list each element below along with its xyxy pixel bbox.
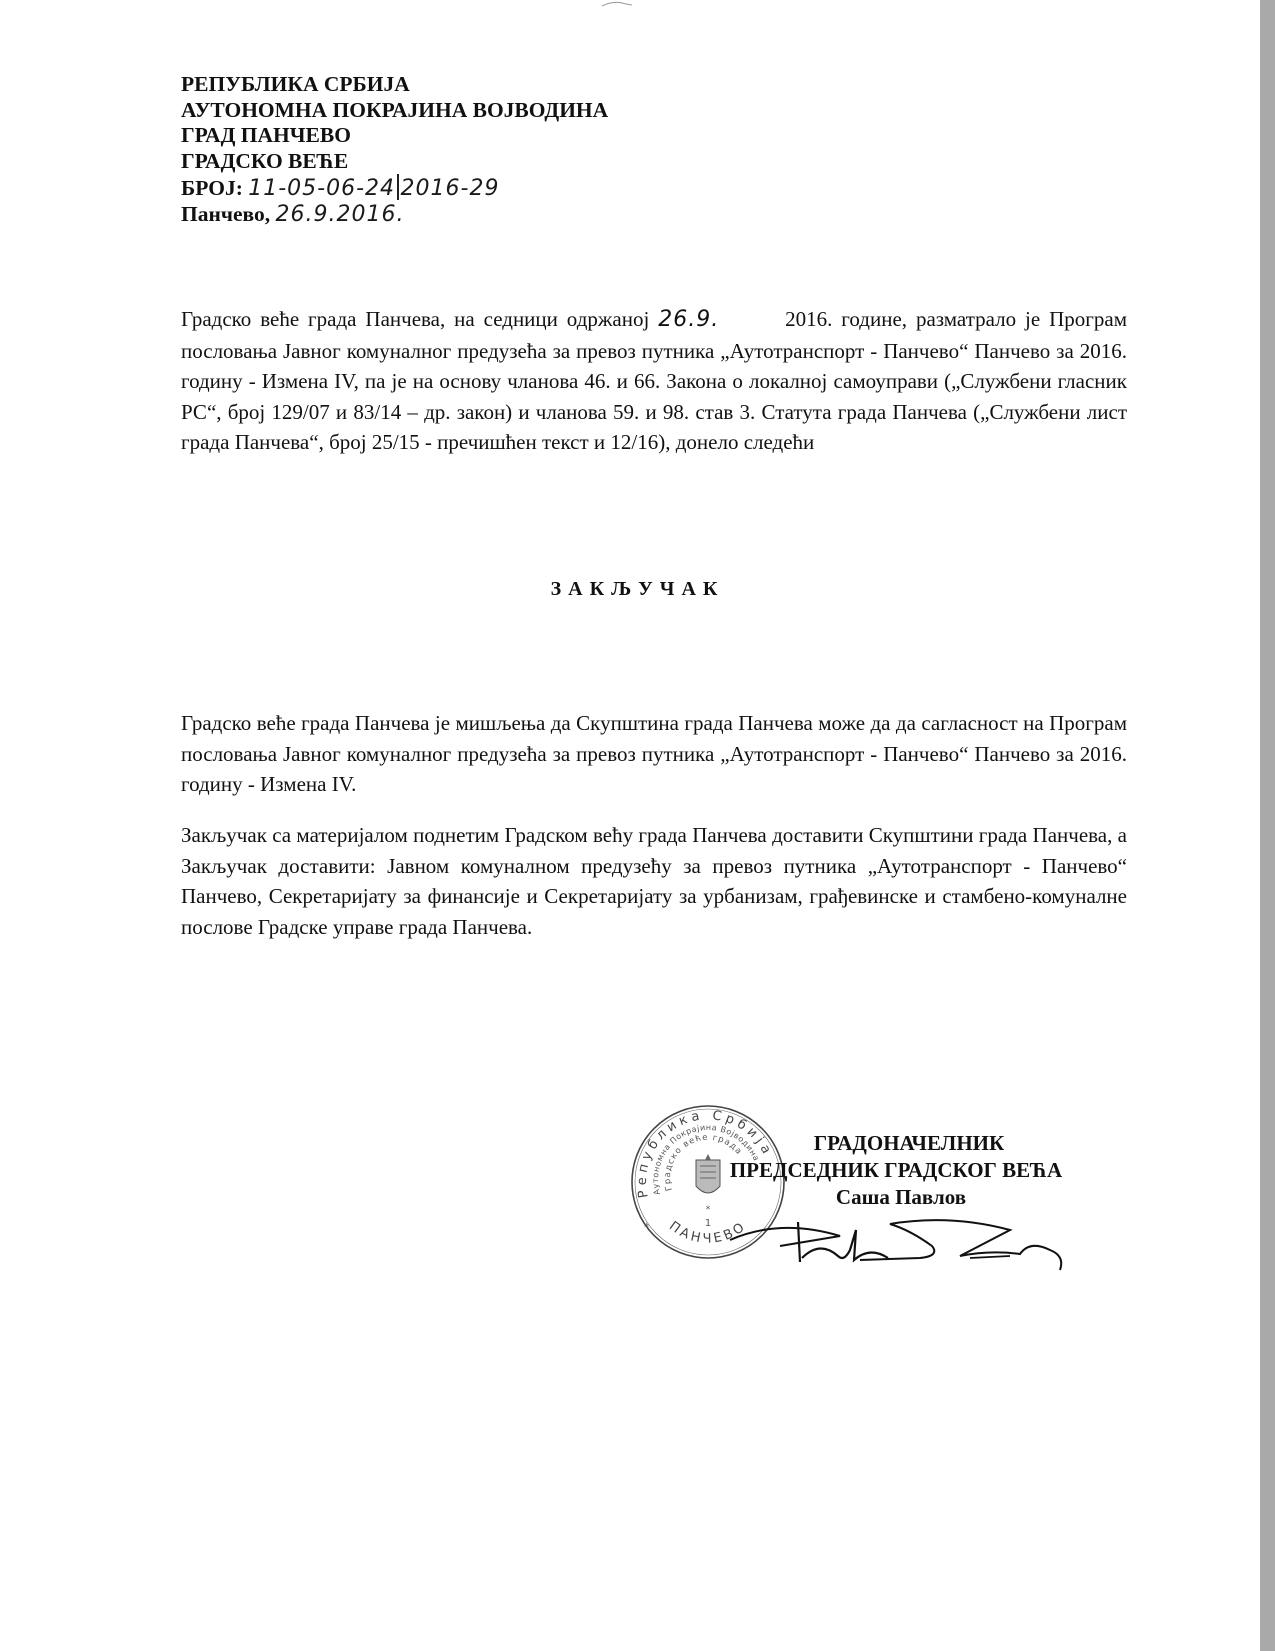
conclusion-paragraph-2: Закључак са материјалом поднетим Градско… [181,820,1127,942]
date-handwritten: 26.9.2016. [276,202,405,227]
signatory-name: Саша Павлов [706,1184,1086,1211]
intro-paragraph: Градско веће града Панчева, на седници о… [181,304,1127,458]
place-and-date: Панчево, 26.9.2016. [181,202,608,228]
signatory-title-council-president: ПРЕДСЕДНИК ГРАДСКОГ ВЕЋА [706,1157,1086,1184]
document-number: БРОЈ: 11-05-06-242016-29 [181,174,608,202]
conclusion-paragraph-1: Градско веће града Панчева је мишљења да… [181,708,1127,800]
stamp-number: 1 [705,1218,711,1229]
document-number-handwritten-2: 2016-29 [395,176,499,201]
scan-edge-strip [1260,0,1275,1651]
signatory-title-mayor: ГРАДОНАЧЕЛНИК [706,1130,1086,1157]
place-label: Панчево, [181,202,270,226]
signature-block: ГРАДОНАЧЕЛНИК ПРЕДСЕДНИК ГРАДСКОГ ВЕЋА С… [706,1130,1086,1211]
intro-text-before-date: Градско веће града Панчева, на седници о… [181,307,649,331]
document-number-handwritten-1: 11-05-06-24 [248,176,395,201]
header-council: ГРАДСКО ВЕЋЕ [181,149,608,175]
document-header: РЕПУБЛИКА СРБИЈА АУТОНОМНА ПОКРАЈИНА ВОЈ… [181,72,608,227]
document-number-label: БРОЈ: [181,176,243,200]
header-city: ГРАД ПАНЧЕВО [181,123,608,149]
document-title: ЗАКЉУЧАК [0,578,1275,601]
session-date-handwritten: 26.9. [658,305,776,336]
header-country: РЕПУБЛИКА СРБИЈА [181,72,608,98]
handwritten-signature [720,1210,1080,1280]
scan-artifact-mark [600,0,636,8]
header-province: АУТОНОМНА ПОКРАЈИНА ВОЈВОДИНА [181,98,608,124]
svg-text:*: * [644,1222,649,1233]
